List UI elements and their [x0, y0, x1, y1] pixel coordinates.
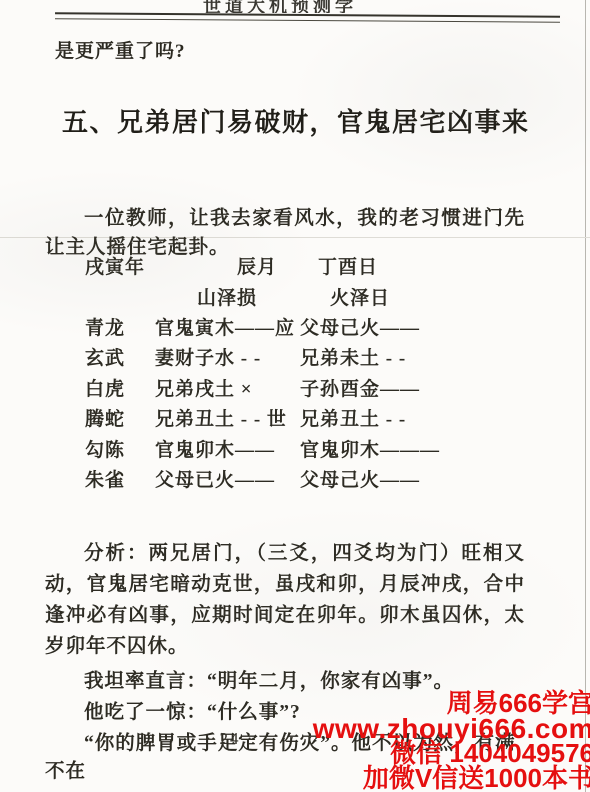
yao-line-left: 官鬼寅木——应: [155, 313, 295, 340]
spirit-label: 勾陈: [85, 435, 125, 462]
yao-line-right: 兄弟丑土 - -: [300, 404, 406, 431]
yao-line-left: 兄弟丑土 - - 世: [155, 404, 287, 431]
gua-name-left: 山泽损: [197, 283, 257, 310]
yao-line-left: 兄弟戌土 ×: [155, 374, 253, 401]
yao-line-left: 妻财子水 - -: [155, 343, 261, 370]
gua-name-right: 火泽日: [330, 283, 390, 310]
spirit-label: 白虎: [85, 374, 125, 401]
yao-line-left: 官鬼卯木——: [155, 435, 275, 462]
watermark-promo: 加微V信送1000本书: [274, 766, 590, 791]
spirit-label: 腾蛇: [85, 404, 125, 431]
spirit-label: 青龙: [85, 313, 125, 340]
spirit-label: 玄武: [85, 343, 125, 370]
yao-line-right: 父母己火——: [300, 465, 420, 492]
hexagram-chart: 戌寅年 辰月 丁酉日 山泽损 火泽日 青龙 官鬼寅木——应 父母己火—— 玄武 …: [0, 0, 590, 500]
spirit-label: 朱雀: [85, 465, 125, 492]
yao-line-right: 官鬼卯木———: [300, 435, 440, 462]
yao-line-right: 子孙酉金——: [300, 374, 420, 401]
scanned-book-page: 世道大机预测学 是更严重了吗? 五、兄弟居门易破财，官鬼居宅凶事来 一位教师，让…: [0, 0, 590, 792]
chart-year-label: 戌寅年: [85, 252, 145, 279]
chart-day-label: 丁酉日: [318, 252, 378, 279]
yao-line-left: 父母已火——: [155, 465, 275, 492]
yao-line-right: 父母己火——: [300, 313, 420, 340]
analysis-paragraph: 分析：两兄居门，（三爻，四爻均为门）旺相又动，官鬼居宅暗动克世，虽戌和卯，月辰冲…: [45, 538, 525, 662]
chart-month-label: 辰月: [237, 252, 277, 279]
watermark: 周易666学宫 www.zhouyi666.com 微信 1404049576 …: [274, 691, 590, 791]
yao-line-right: 兄弟未土 - -: [300, 343, 406, 370]
